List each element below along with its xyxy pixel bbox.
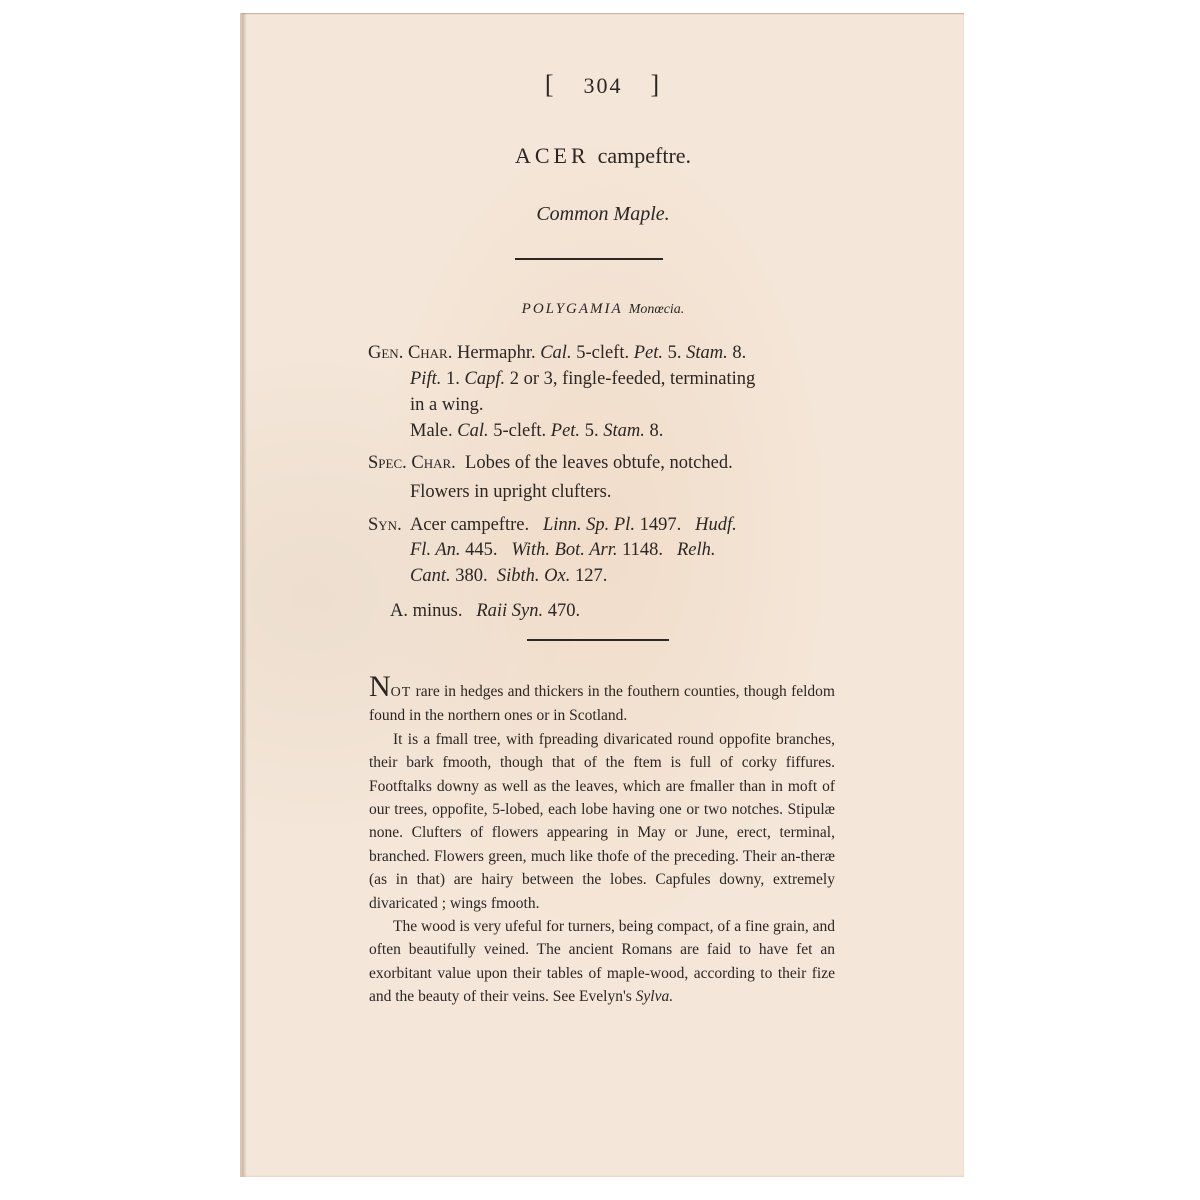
roman-text: Hermaphr. <box>457 343 540 363</box>
order-name: Monœcia. <box>629 302 685 317</box>
bracket-left: [ <box>545 70 556 100</box>
spec-char-label: Spec. Char. <box>368 453 456 473</box>
gen-char-line-3: in a wing. <box>410 395 483 416</box>
paragraph-1: NOT rare in hedges and thickers in the f… <box>369 677 835 728</box>
spec-char-text: Lobes of the leaves obtufe, notched. <box>465 453 733 473</box>
italic-abbreviation: Cal. <box>457 421 488 441</box>
syn-number: 127. <box>575 566 607 586</box>
syn-number: 1497. <box>640 515 682 535</box>
book-page: [304] ACERcampeftre. Common Maple. POLYG… <box>240 13 964 1177</box>
syn-reference: Cant. <box>410 566 451 586</box>
class-name: POLYGAMIA <box>522 301 623 317</box>
italic-abbreviation: Pet. <box>634 343 663 363</box>
italic-abbreviation: Pift. <box>410 369 441 389</box>
syn-reference: With. Bot. Arr. <box>511 540 617 560</box>
classification: POLYGAMIAMonœcia. <box>242 301 964 318</box>
syn-number: 445. <box>465 540 497 560</box>
syn-number: 380. <box>455 566 487 586</box>
roman-text: 5-cleft. <box>489 421 551 441</box>
roman-text: Male. <box>410 421 457 441</box>
spec-char-line-2: Flowers in upright clufters. <box>410 482 611 503</box>
syn-line-1: Syn. Acer campeftre. Linn. Sp. Pl. 1497.… <box>368 515 737 536</box>
syn-line-2: Fl. An. 445. With. Bot. Arr. 1148. Relh. <box>410 540 715 561</box>
roman-text: 1. <box>441 369 464 389</box>
variety-name: A. minus. <box>390 601 462 621</box>
roman-text: 2 or 3, fingle-feeded, terminating <box>505 369 755 389</box>
gen-char-line-2: Pift. 1. Capf. 2 or 3, fingle-feeded, te… <box>410 369 755 390</box>
roman-text: 5. <box>663 343 686 363</box>
paragraph-3: The wood is very ufeful for turners, bei… <box>369 915 835 1009</box>
paragraph-text: The wood is very ufeful for turners, bei… <box>369 918 835 1005</box>
paragraph-2: It is a fmall tree, with fpreading divar… <box>369 728 835 915</box>
roman-text: 5. <box>580 421 603 441</box>
syn-reference: Relh. <box>677 540 716 560</box>
spec-char-line-1: Spec. Char. Lobes of the leaves obtufe, … <box>368 453 733 474</box>
book-title: Sylva. <box>636 988 673 1005</box>
syn-reference: Fl. An. <box>410 540 461 560</box>
bracket-right: ] <box>651 70 662 100</box>
species-title: ACERcampeftre. <box>242 143 964 169</box>
page-number: [304] <box>242 70 964 100</box>
gen-char-text: Pift. 1. Capf. 2 or 3, fingle-feeded, te… <box>410 369 755 389</box>
syn-number: 470. <box>548 601 580 621</box>
genus-name: ACER <box>515 143 590 168</box>
drop-cap: N <box>369 670 391 703</box>
syn-text: Acer campeftre. <box>410 515 529 535</box>
roman-text: 8. <box>728 343 747 363</box>
syn-label: Syn. <box>368 515 402 535</box>
divider-rule <box>515 258 663 260</box>
gen-char-text: Hermaphr. Cal. 5-cleft. Pet. 5. Stam. 8. <box>457 343 746 363</box>
common-name: Common Maple. <box>242 203 964 226</box>
description-text: NOT rare in hedges and thickers in the f… <box>369 677 835 1009</box>
italic-abbreviation: Cal. <box>540 343 571 363</box>
syn-line-3: Cant. 380. Sibth. Ox. 127. <box>410 566 607 587</box>
roman-text: 8. <box>645 421 664 441</box>
roman-text: 5-cleft. <box>572 343 634 363</box>
italic-abbreviation: Stam. <box>686 343 728 363</box>
gen-char-text: Male. Cal. 5-cleft. Pet. 5. Stam. 8. <box>410 421 663 441</box>
syn-reference: Raii Syn. <box>476 601 543 621</box>
syn-number: 1148. <box>622 540 663 560</box>
syn-reference: Sibth. Ox. <box>497 566 570 586</box>
gen-char-text: in a wing. <box>410 395 483 415</box>
italic-abbreviation: Stam. <box>603 421 645 441</box>
italic-abbreviation: Pet. <box>551 421 580 441</box>
divider-rule <box>527 639 669 641</box>
roman-text: in a wing. <box>410 395 483 415</box>
syn-reference: Hudf. <box>695 515 737 535</box>
page-number-value: 304 <box>584 73 623 98</box>
syn-variety-line: A. minus. Raii Syn. 470. <box>390 601 580 622</box>
species-name: campeftre. <box>598 143 691 168</box>
italic-abbreviation: Capf. <box>464 369 505 389</box>
small-caps-lead: OT <box>391 685 412 700</box>
syn-reference: Linn. Sp. Pl. <box>543 515 635 535</box>
paragraph-text: rare in hedges and thickers in the fouth… <box>369 683 835 724</box>
gen-char-line-1: Gen. Char. Hermaphr. Cal. 5-cleft. Pet. … <box>368 343 746 364</box>
gen-char-line-4: Male. Cal. 5-cleft. Pet. 5. Stam. 8. <box>410 421 663 442</box>
gen-char-label: Gen. Char. <box>368 343 452 363</box>
